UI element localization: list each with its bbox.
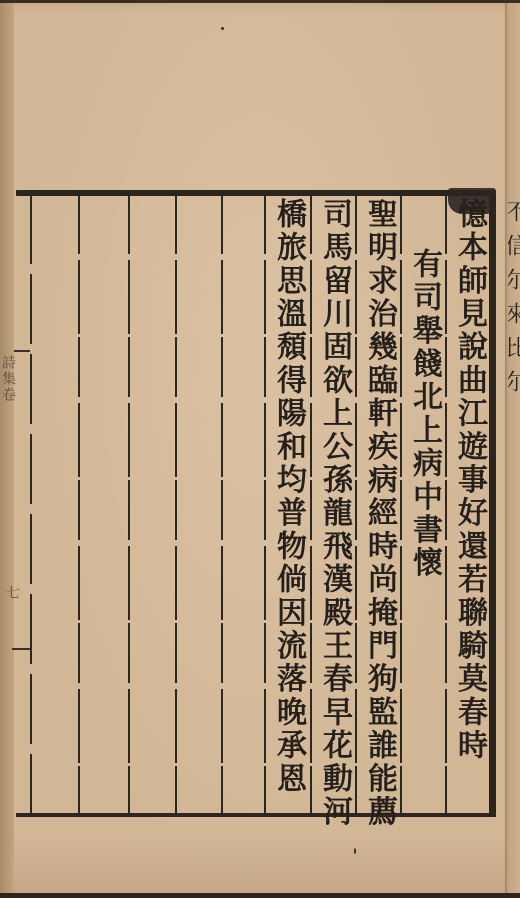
column-rule [400, 194, 402, 814]
fold-bracket [14, 350, 30, 352]
frame-bottom-border [16, 813, 496, 817]
fold-bracket [12, 648, 30, 650]
column-rule [175, 194, 177, 814]
fold-column-rule [30, 194, 32, 816]
column-rule [264, 194, 266, 814]
column-rule [355, 194, 357, 814]
next-page-text-fragment: 不信尔來比尔 [508, 200, 520, 760]
poem-line-1: 聖明求治幾臨軒疾病經時尚掩門狗監誰能薦 [359, 198, 399, 829]
column-rule [310, 194, 312, 814]
bottom-edge [0, 893, 520, 898]
poem-heading: 有司舉餞北上病中書懷 [404, 248, 444, 580]
paper-speck [354, 848, 356, 854]
frame-right-border [489, 192, 496, 817]
top-edge [0, 0, 520, 3]
frame-top-border [16, 190, 496, 196]
poem-title-line: 憶本師見說曲江遊事好還若聯騎莫春時 [449, 198, 489, 762]
paper-speck [221, 27, 224, 30]
column-rule [78, 194, 80, 814]
poem-line-3: 橋旅思溫頹得陽和均普物倘因流落晚承恩 [268, 198, 308, 796]
column-rule [221, 194, 223, 814]
fold-page-number: 七 [2, 585, 22, 599]
column-rule [445, 194, 447, 814]
fold-title-fragment: 詩集卷 [0, 355, 16, 403]
poem-line-2: 司馬留川固欲上公孫龍飛漢殿王春早花動河 [314, 198, 354, 829]
column-rule [128, 194, 130, 814]
